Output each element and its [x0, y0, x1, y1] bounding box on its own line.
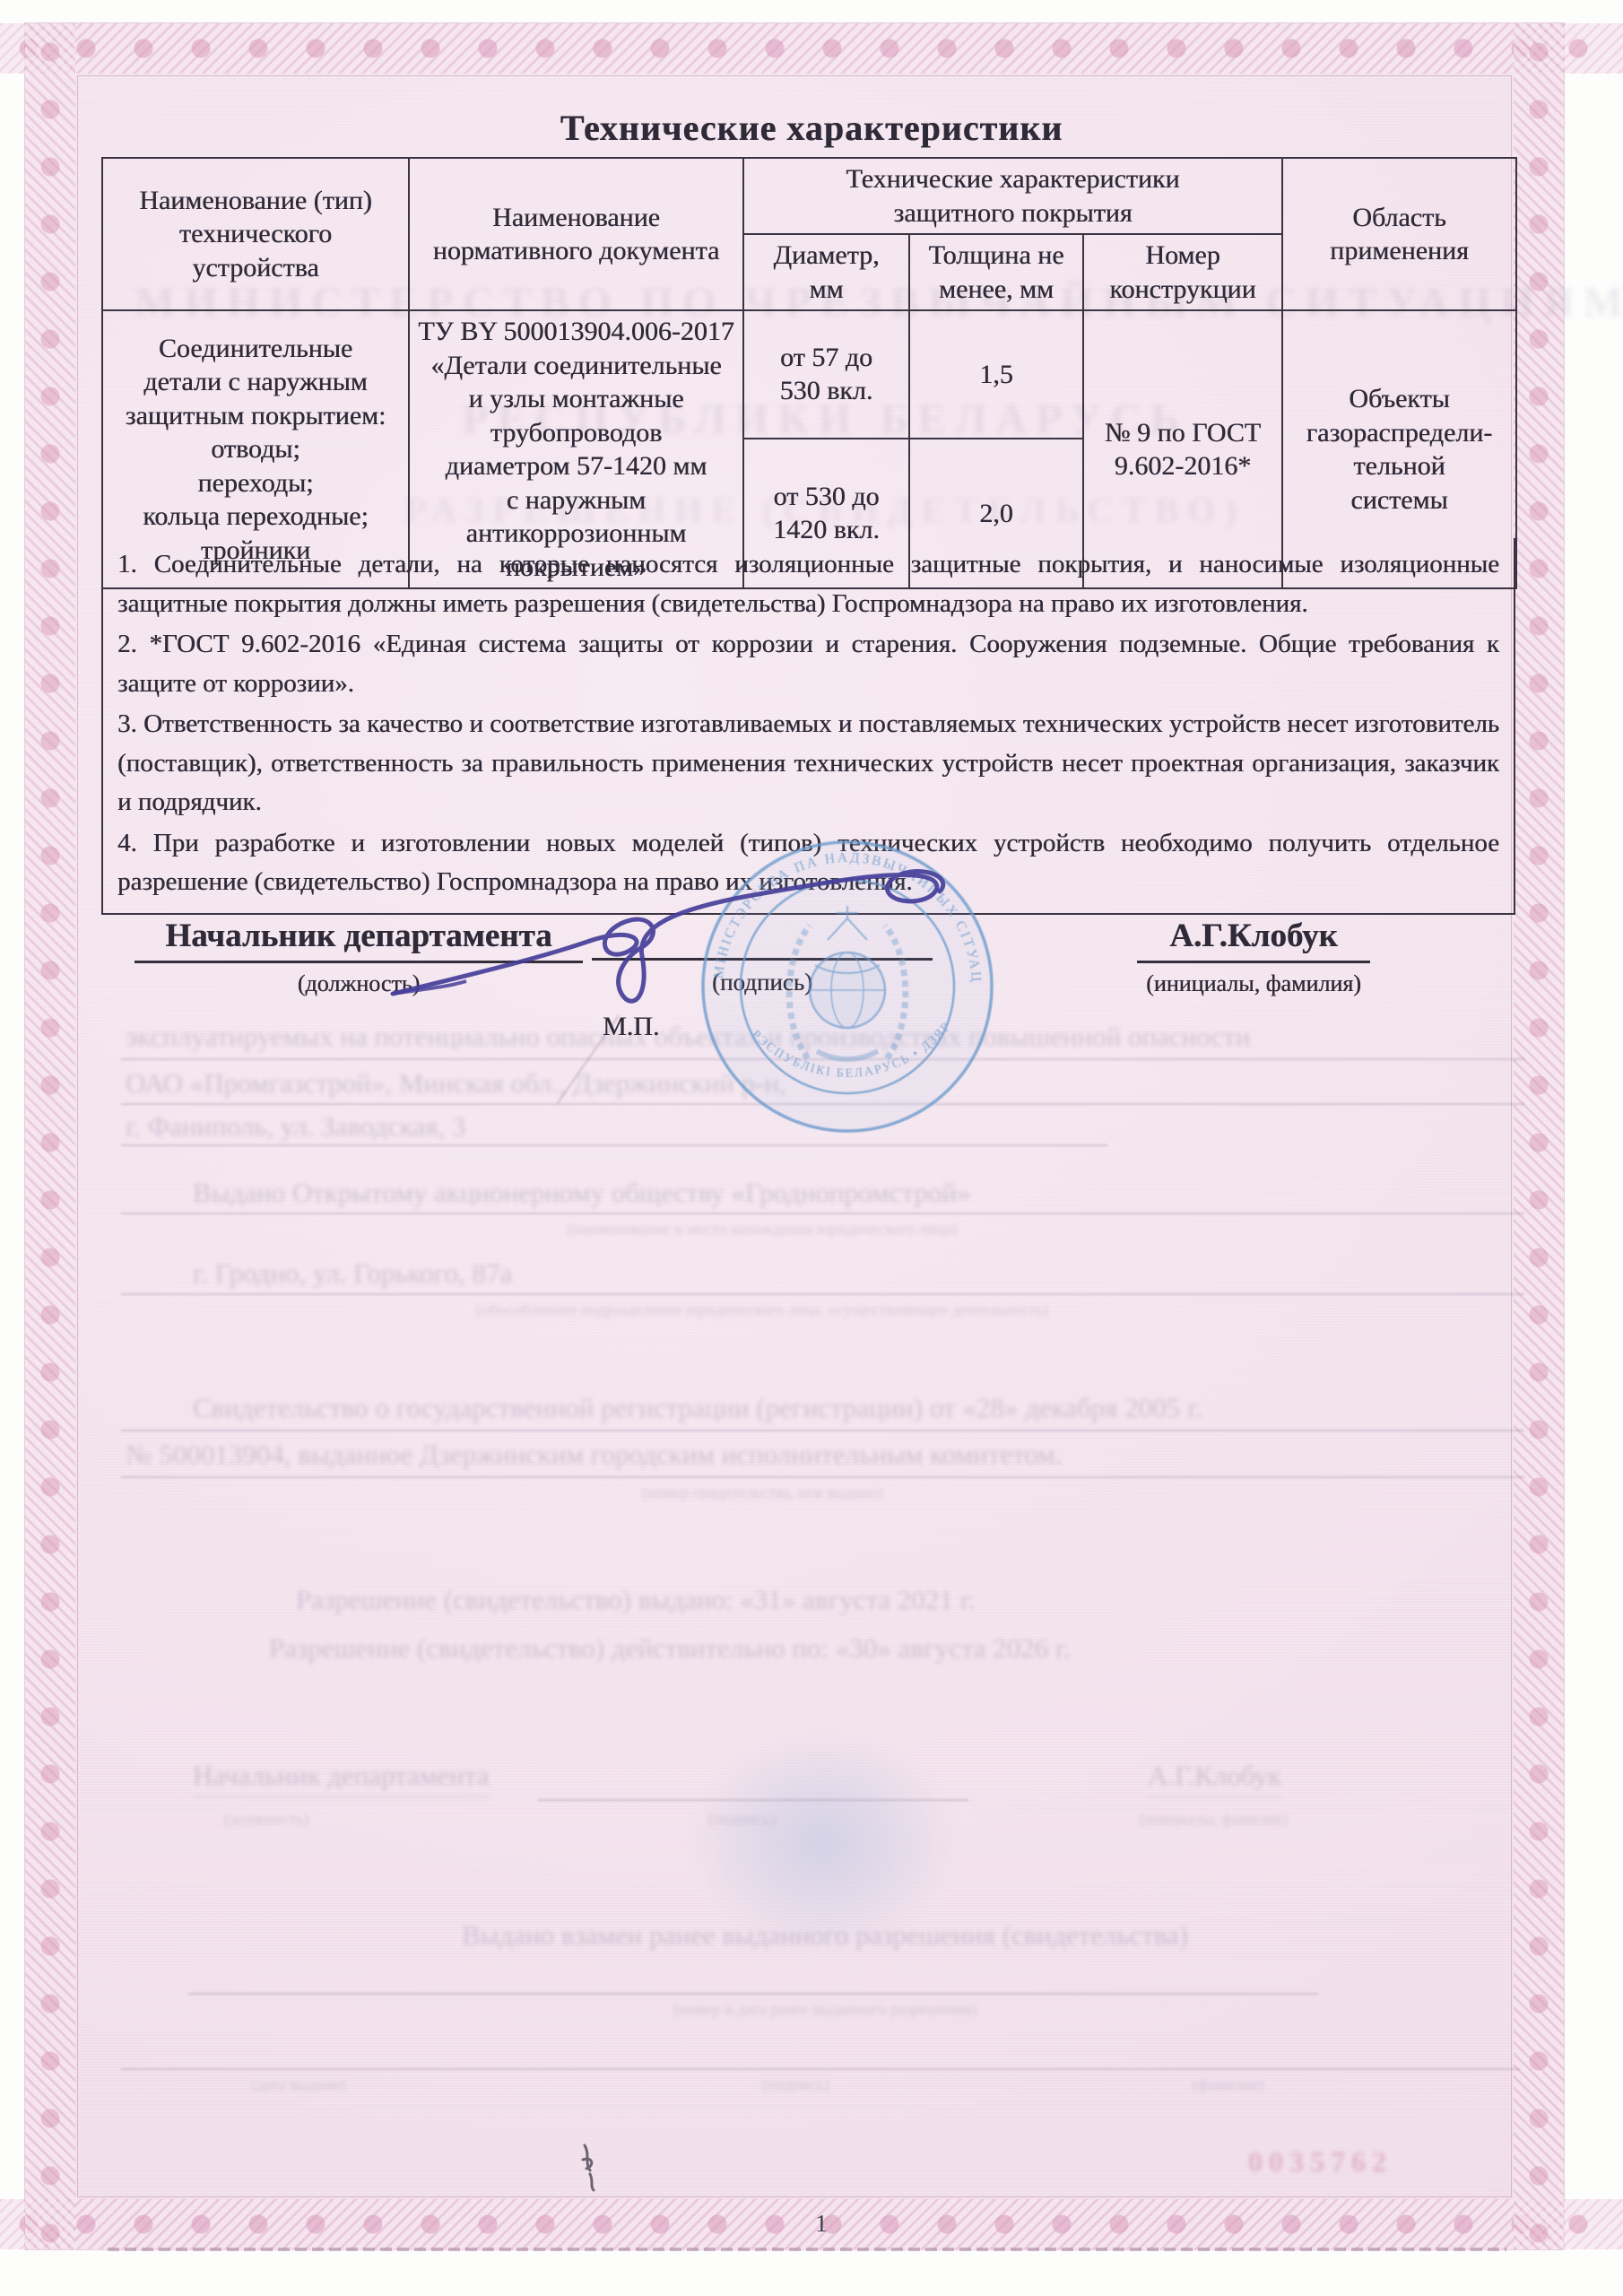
bleedthrough-caption: (должность): [224, 1810, 308, 1829]
header-construction: Номер конструкции: [1083, 234, 1282, 310]
bleedthrough-caption: (обособленное подразделение юридического…: [269, 1300, 1255, 1319]
header-coating-span: Технические характеристики защитного пок…: [743, 158, 1282, 234]
header-diameter: Диаметр, мм: [743, 234, 909, 310]
spec-table: Наименование (тип) технического устройст…: [101, 157, 1517, 589]
bleedthrough-line: ОАО «Промгазстрой», Минская обл., Дзержи…: [126, 1067, 786, 1100]
bleedthrough-line: г. Гродно, ул. Горького, 87а: [193, 1257, 512, 1290]
scanned-certificate-page: МИНИСТЕРСТВО ПО ЧРЕЗВЫЧАЙНЫМ СИТУАЦИЯМ Р…: [0, 0, 1623, 2296]
name-caption: (инициалы, фамилия): [1110, 970, 1397, 997]
bleedthrough-caption: (дата выдачи): [251, 2075, 345, 2094]
bleedthrough-caption: (номер и дата ранее выданного разрешения…: [430, 2000, 1219, 2019]
bleedthrough-caption: (инициалы, фамилия): [1139, 1810, 1288, 1829]
bleedthrough-line: Разрешение (свидетельство) действительно…: [269, 1632, 1071, 1665]
bleedthrough-caption: (номер свидетельства, кем выдано): [359, 1483, 1166, 1502]
bleedthrough-line: Разрешение (свидетельство) выдано: «31» …: [296, 1584, 976, 1616]
header-thickness: Толщина не менее, мм: [909, 234, 1083, 310]
bleedthrough-line: А.Г.Клобук: [1148, 1760, 1281, 1797]
header-device: Наименование (тип) технического устройст…: [102, 158, 409, 310]
signatory-name: А.Г.Клобук: [1137, 917, 1370, 963]
page-number: 1: [803, 2210, 839, 2238]
bleedthrough-caption: (подпись): [708, 1810, 776, 1829]
border-band-left: [25, 23, 75, 2249]
bleedthrough-line: Свидетельство о государственной регистра…: [193, 1392, 1202, 1424]
bleedthrough-serial-number: 0035762: [1248, 2145, 1393, 2179]
pen-squiggle-mark: [572, 2140, 608, 2194]
bleedthrough-line: Выдано взамен ранее выданного разрешения…: [332, 1919, 1318, 1952]
cell-diameter-1: от 57 до 530 вкл.: [743, 310, 909, 439]
cell-thickness-1: 1,5: [909, 310, 1083, 439]
border-band-top: [0, 23, 1623, 74]
bleedthrough-line: № 500013904, выданное Дзержинским городс…: [126, 1439, 1063, 1471]
note-2: 2. *ГОСТ 9.602-2016 «Единая система защи…: [117, 625, 1499, 703]
header-document: Наименование нормативного документа: [409, 158, 743, 310]
handwritten-signature: [377, 843, 1022, 1058]
bleedthrough-line: г. Фаниполь, ул. Заводская, 3: [126, 1110, 466, 1143]
header-area: Область применения: [1282, 158, 1516, 310]
note-3: 3. Ответственность за качество и соответ…: [117, 705, 1499, 822]
microtext-strip: [108, 2248, 1506, 2251]
page-title: Технические характеристики: [0, 107, 1623, 149]
bleedthrough-caption: (фамилия): [1193, 2075, 1264, 2094]
bleedthrough-caption: (подпись): [762, 2075, 829, 2094]
bleedthrough-line: Начальник департамента: [193, 1760, 489, 1797]
bleedthrough-line: Выдано Открытому акционерному обществу «…: [193, 1177, 970, 1209]
bleedthrough-caption: (наименование и место нахождения юридиче…: [269, 1220, 1255, 1239]
border-band-right: [1514, 23, 1564, 2249]
note-1: 1. Соединительные детали, на которые нан…: [117, 545, 1499, 623]
